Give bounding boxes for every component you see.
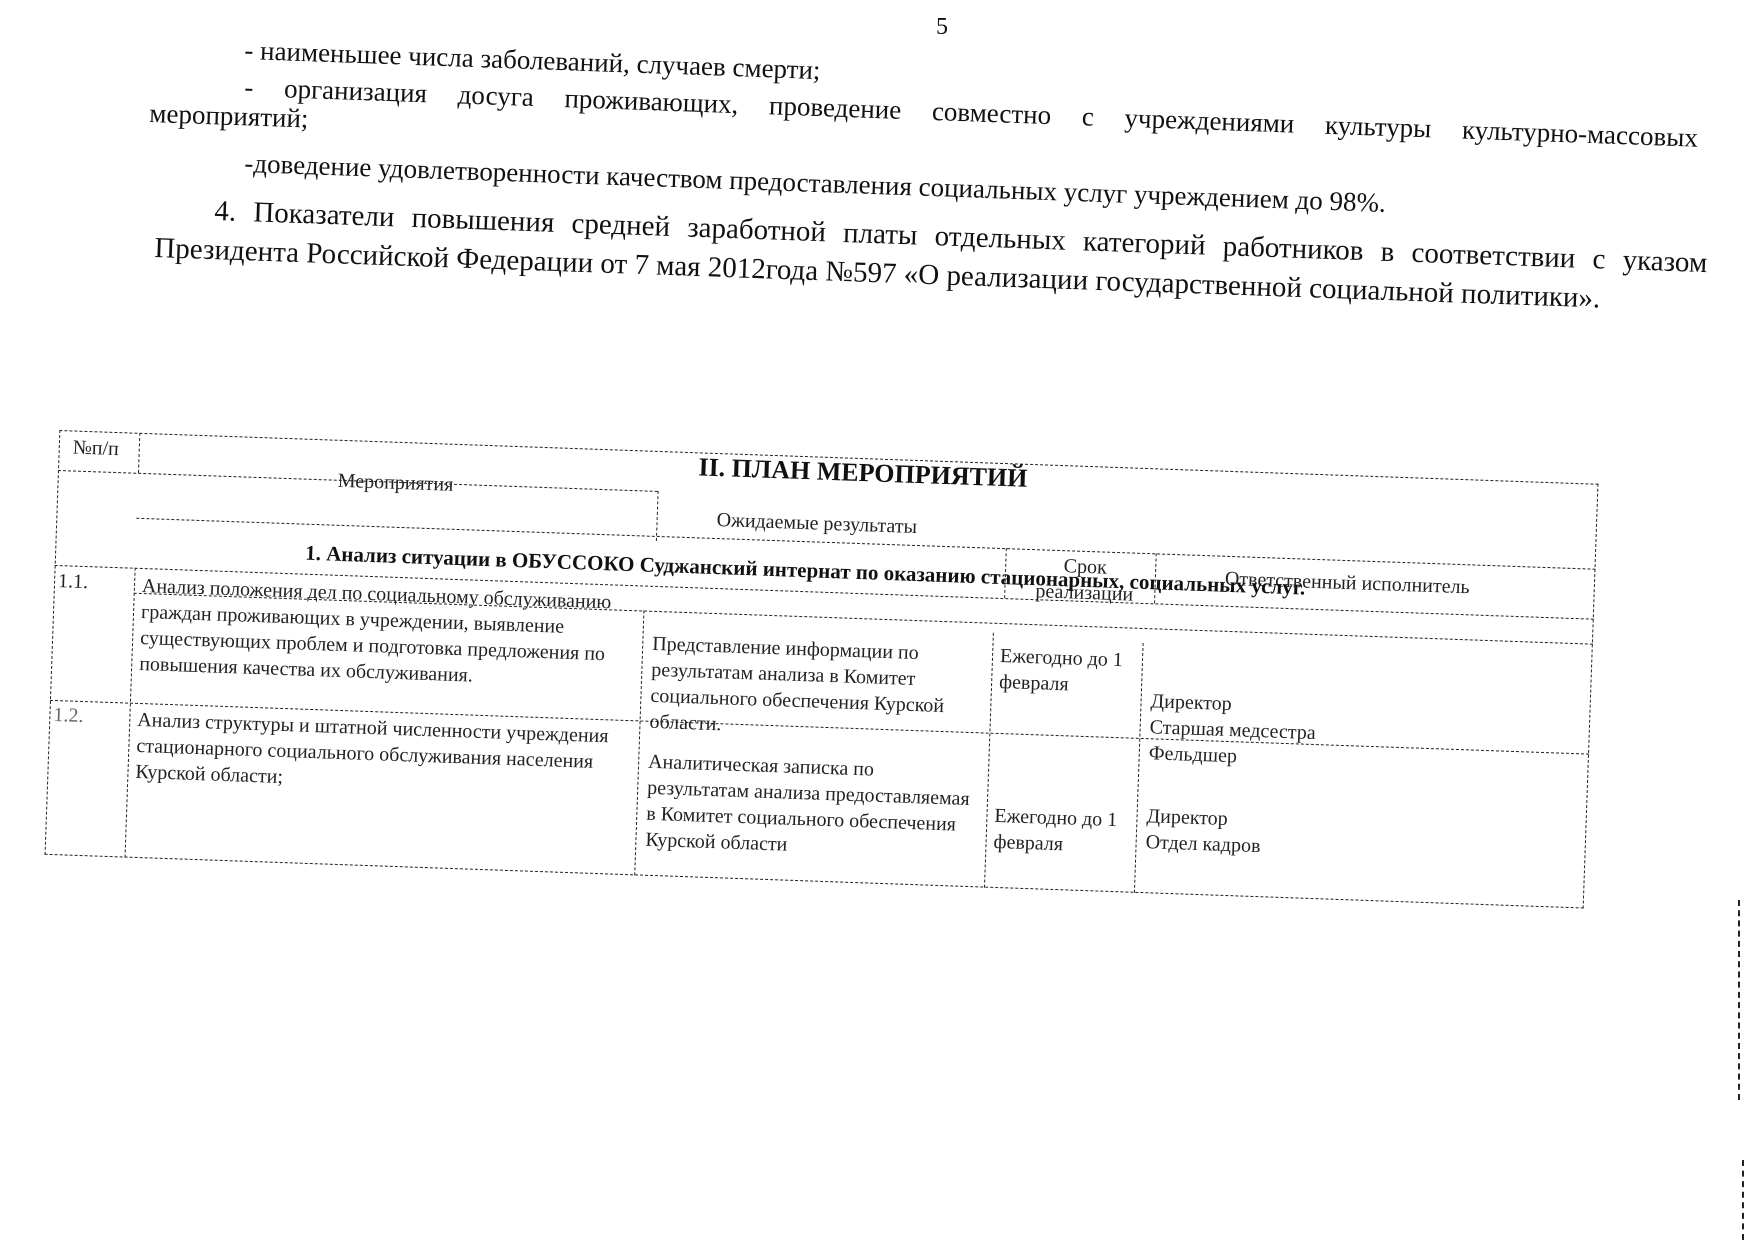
scan-edge-mark bbox=[1742, 1160, 1744, 1240]
row-1-1-term: Ежегодно до 1 февраля bbox=[999, 643, 1141, 700]
row-1-1-num: 1.1. bbox=[58, 568, 89, 595]
row-1-2-num: 1.2. bbox=[53, 702, 84, 729]
row-1-1-result: Представление информации по результатам … bbox=[649, 631, 982, 746]
row-1-2-result: Аналитическая записка по результатам ана… bbox=[645, 749, 978, 864]
intro-bullet-2: - организация досуга проживающих, провед… bbox=[244, 72, 1698, 154]
plan-table: №п/п Мероприятия II. ПЛАН МЕРОПРИЯТИЙ Ож… bbox=[40, 470, 1717, 1033]
row-1-1-responsible: Директор Старшая медсестра Фельдшер bbox=[1148, 688, 1451, 776]
header-event: Мероприятия bbox=[337, 468, 453, 498]
row-1-2-responsible: Директор Отдел кадров bbox=[1145, 803, 1447, 865]
row-1-1-event: Анализ положения дел по социальному обсл… bbox=[139, 573, 632, 694]
intro-bullet-2-end: мероприятий; bbox=[149, 98, 309, 135]
header-num: №п/п bbox=[72, 435, 119, 463]
page-number: 5 bbox=[936, 14, 948, 41]
row-1-2-term: Ежегодно до 1 февраля bbox=[993, 803, 1135, 860]
scan-edge-mark bbox=[1738, 900, 1740, 1100]
